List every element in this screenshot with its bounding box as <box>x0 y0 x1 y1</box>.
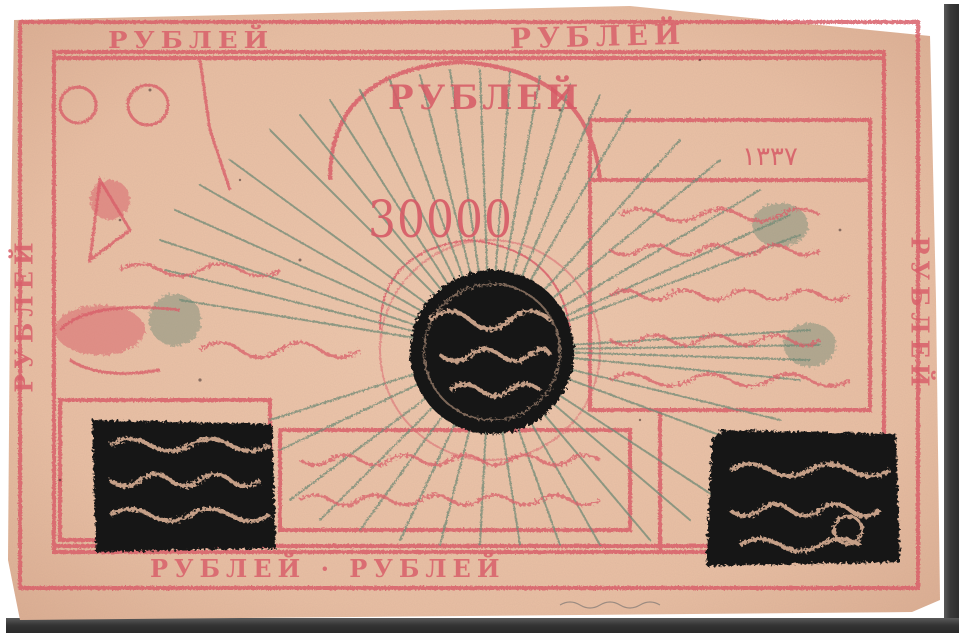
border-text-left: РУБЛЕЙ <box>10 115 39 515</box>
banknote: РУБЛЕЙ РУБЛЕЙ РУБЛЕЙ · РУБЛЕЙ РУБЛЕЙ РУБ… <box>0 0 959 633</box>
denomination: 30000 <box>368 191 513 250</box>
border-text-bottom: РУБЛЕЙ · РУБЛЕЙ <box>150 554 506 583</box>
year-text: ١٣٣٧ <box>742 142 798 172</box>
right-seal <box>706 430 900 566</box>
header-word: РУБЛЕЙ <box>388 78 582 118</box>
border-text-top-left: РУБЛЕЙ <box>108 28 274 55</box>
border-text-top-right: РУБЛЕЙ <box>510 18 687 56</box>
photo-stage: РУБЛЕЙ РУБЛЕЙ РУБЛЕЙ · РУБЛЕЙ РУБЛЕЙ РУБ… <box>0 0 959 633</box>
border-text-right: РУБЛЕЙ <box>906 115 935 515</box>
